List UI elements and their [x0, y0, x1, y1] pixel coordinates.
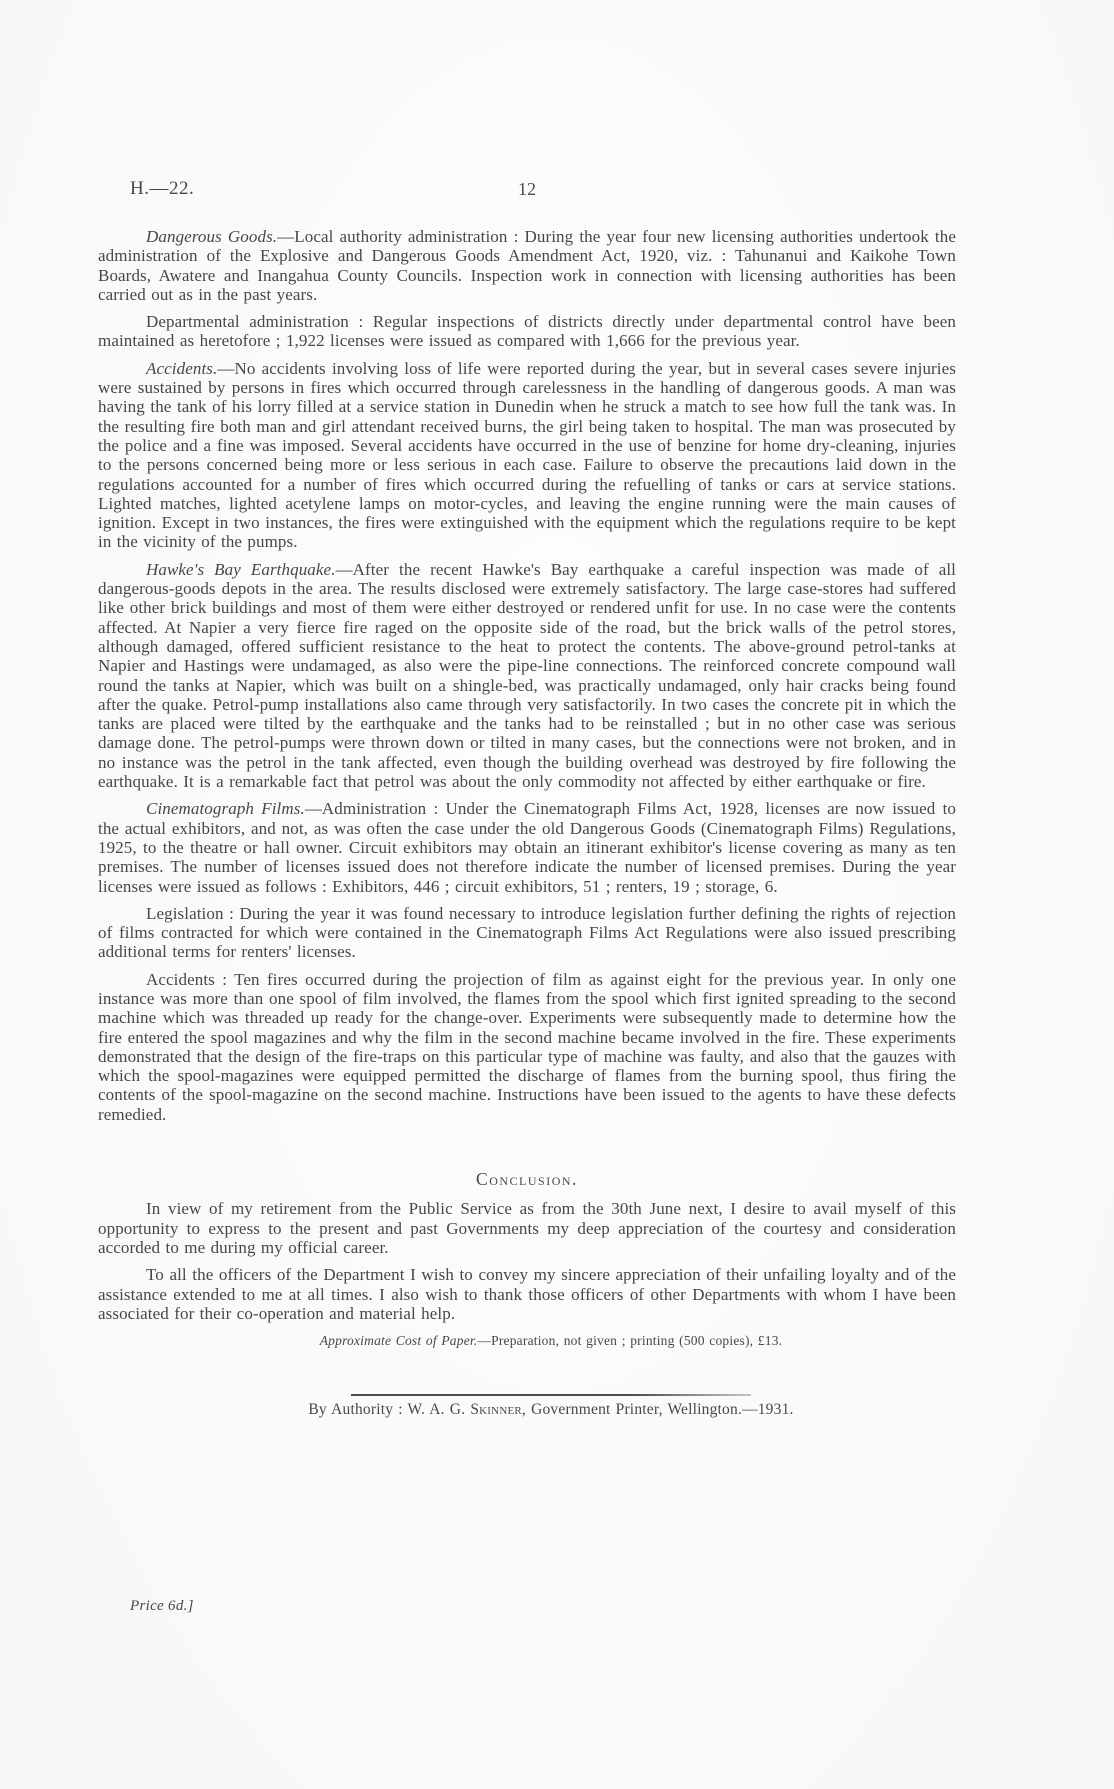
page-number: 12 [98, 179, 956, 200]
paragraph-text: —No accidents involving loss of life wer… [98, 359, 956, 552]
paragraph-lead: Dangerous Goods. [146, 227, 277, 246]
conclusion-paragraph-retirement: In view of my retirement from the Public… [98, 1199, 956, 1257]
imprint-footer: Approximate Cost of Paper.—Preparation, … [122, 1331, 980, 1420]
paragraph-text: —After the recent Hawke's Bay earthquake… [98, 560, 956, 791]
paragraph-text: Accidents : Ten fires occurred during th… [98, 970, 956, 1124]
paragraph-lead: Hawke's Bay Earthquake. [146, 560, 336, 579]
conclusion-heading: Conclusion. [98, 1170, 956, 1189]
cost-note-lead: Approximate Cost of Paper. [320, 1333, 478, 1348]
conclusion-paragraph-thanks: To all the officers of the Department I … [98, 1265, 956, 1323]
cost-note-text: —Preparation, not given ; printing (500 … [477, 1333, 782, 1348]
paragraph-text: To all the officers of the Department I … [98, 1265, 956, 1323]
paragraph-hawkes-bay-earthquake: Hawke's Bay Earthquake.—After the recent… [98, 560, 956, 792]
imprint-line: By Authority : W. A. G. Skinner, Governm… [122, 1400, 980, 1419]
imprint-rule [351, 1394, 751, 1396]
paragraph-cinematograph-films: Cinematograph Films.—Administration : Un… [98, 799, 956, 895]
price-note: Price 6d.] [130, 1598, 194, 1615]
paragraph-film-accidents: Accidents : Ten fires occurred during th… [98, 970, 956, 1124]
paragraph-text: Legislation : During the year it was fou… [98, 904, 956, 962]
paragraph-accidents: Accidents.—No accidents involving loss o… [98, 359, 956, 552]
imprint-suffix: , Government Printer, Wellington.—1931. [522, 1401, 794, 1418]
paragraph-text: Departmental administration : Regular in… [98, 312, 956, 350]
paragraph-lead: Accidents. [146, 359, 217, 378]
text-column: Dangerous Goods.—Local authority adminis… [98, 227, 956, 1428]
paragraph-dangerous-goods: Dangerous Goods.—Local authority adminis… [98, 227, 956, 304]
paragraph-lead: Cinematograph Films. [146, 799, 305, 818]
imprint-prefix: By Authority : W. A. G. [308, 1401, 470, 1418]
paragraph-departmental-administration: Departmental administration : Regular in… [98, 312, 956, 351]
cost-of-paper-note: Approximate Cost of Paper.—Preparation, … [122, 1331, 980, 1350]
paragraph-legislation: Legislation : During the year it was fou… [98, 904, 956, 962]
document-page: H.—22. 12 Dangerous Goods.—Local authori… [0, 0, 1114, 1789]
printer-name: Skinner [470, 1401, 522, 1418]
paragraph-text: In view of my retirement from the Public… [98, 1199, 956, 1257]
